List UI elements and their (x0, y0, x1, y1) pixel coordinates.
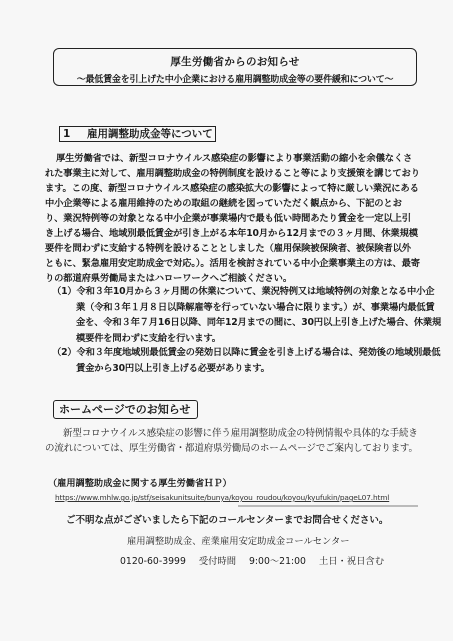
days-note: 土日・祝日含む (319, 556, 384, 567)
hours-label: 受付時間 (199, 556, 236, 567)
url-underline-shadow (238, 505, 418, 507)
phone-number: 0120-60-3999 (120, 556, 186, 567)
title-box: 厚生労働省からのお知らせ ～最低賃金を引上げた中小企業における雇用調整助成金等の… (53, 48, 417, 86)
section-1-number: 1 (63, 127, 87, 141)
list-item-1: （1）令和３年10月から３ヶ月間の休業について、業況特例又は地域特例の対象となる… (52, 284, 442, 346)
hours-value: 9:00～21:00 (249, 556, 306, 567)
notice-document: 厚生労働省からのお知らせ ～最低賃金を引上げた中小企業における雇用調整助成金等の… (0, 0, 453, 641)
contact-details: 0120-60-3999 受付時間 9:00～21:00 土日・祝日含む (120, 553, 394, 567)
section-2-heading: ホームページでのお知らせ (53, 400, 198, 419)
list-item-2: （2）令和３年度地域別最低賃金の発効日以降に賃金を引き上げる場合は、発効後の地域… (52, 345, 442, 376)
section-1-body: 厚生労働省では、新型コロナウイルス感染症の影響により事業活動の縮小を余儀なくされ… (45, 151, 420, 286)
section-1-heading: 1雇用調整助成金等について (59, 126, 216, 142)
section-2-body: 新型コロナウイルス感染症の影響に伴う雇用調整助成金の特例情報や具体的な手続きの流… (45, 426, 425, 456)
list-item-1-label: （1） (52, 286, 76, 297)
call-center-name: 雇用調整助成金、産業雇用安定助成金コールセンター (127, 533, 350, 547)
list-item-2-text: 令和３年度地域別最低賃金の発効日以降に賃金を引き上げる場合は、発効後の地域別最低… (76, 347, 440, 374)
list-item-2-label: （2） (52, 347, 76, 358)
list-item-1-text: 令和３年10月から３ヶ月間の休業について、業況特例又は地域特例の対象となる中小企… (76, 286, 441, 344)
homepage-label: （雇用調整助成金に関する厚生労働省ＨＰ） (48, 475, 232, 489)
document-subtitle: ～最低賃金を引上げた中小企業における雇用調整助成金等の要件緩和について～ (54, 72, 416, 85)
section-1-title: 雇用調整助成金等について (87, 128, 213, 140)
contact-intro: ご不明な点がございましたら下記のコールセンターまでお問合せください。 (66, 512, 388, 526)
homepage-url-link[interactable]: https://www.mhlw.go.jp/stf/seisakunitsui… (55, 493, 389, 502)
document-title: 厚生労働省からのお知らせ (54, 54, 416, 69)
